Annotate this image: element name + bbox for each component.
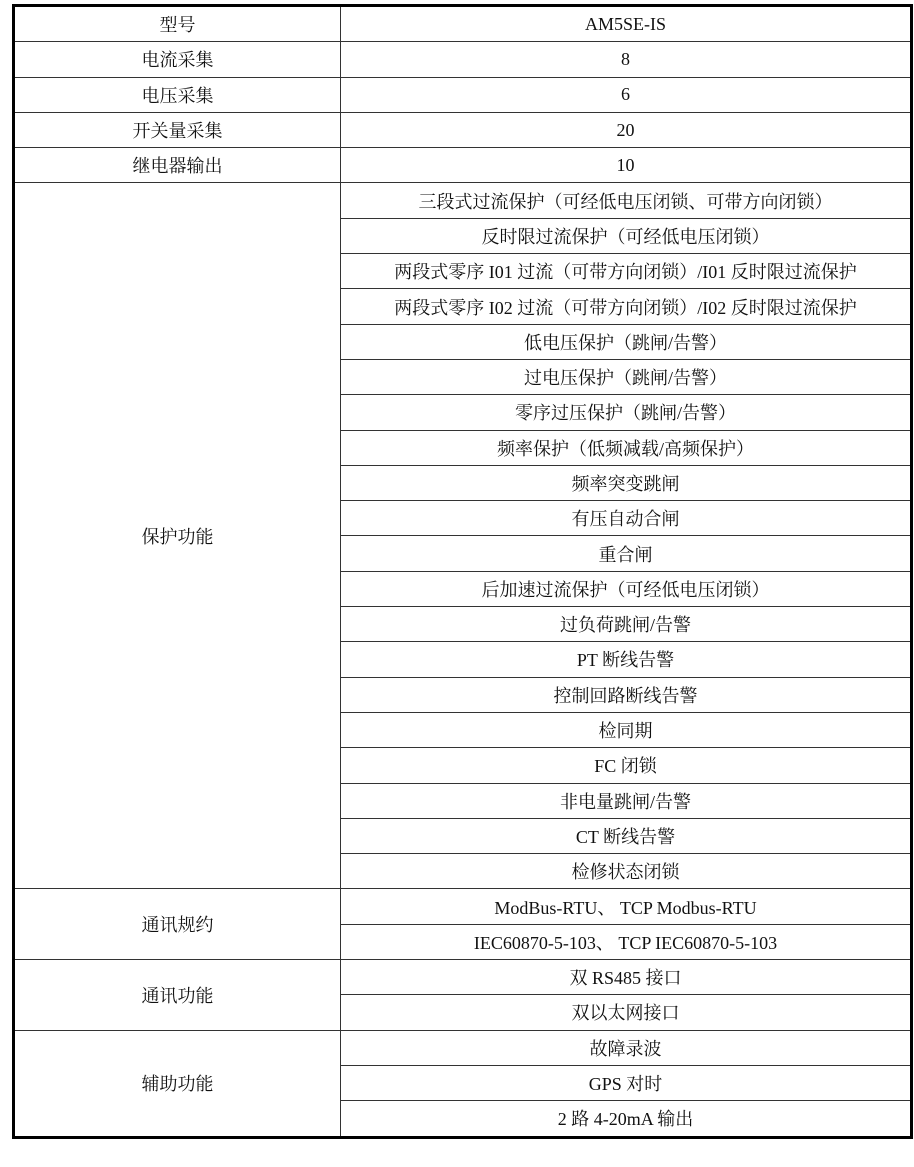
group-label-protection: 保护功能 xyxy=(14,183,341,889)
table-row-current-sampling: 电流采集 8 xyxy=(14,42,912,77)
protection-item: 控制回路断线告警 xyxy=(341,677,912,712)
row-label: 型号 xyxy=(14,6,341,42)
table-row-protocol: 通讯规约 ModBus-RTU、 TCP Modbus-RTU xyxy=(14,889,912,924)
protection-item: 频率突变跳闸 xyxy=(341,465,912,500)
spec-table: 型号 AM5SE-IS 电流采集 8 电压采集 6 开关量采集 20 继电器输出… xyxy=(12,4,913,1139)
auxiliary-item: GPS 对时 xyxy=(341,1065,912,1100)
protection-item: FC 闭锁 xyxy=(341,748,912,783)
table-row-communication: 通讯功能 双 RS485 接口 xyxy=(14,960,912,995)
auxiliary-item: 2 路 4-20mA 输出 xyxy=(341,1101,912,1137)
protection-item: 三段式过流保护（可经低电压闭锁、可带方向闭锁） xyxy=(341,183,912,218)
row-label: 继电器输出 xyxy=(14,148,341,183)
protocol-item: IEC60870-5-103、 TCP IEC60870-5-103 xyxy=(341,924,912,959)
auxiliary-item: 故障录波 xyxy=(341,1030,912,1065)
protocol-item: ModBus-RTU、 TCP Modbus-RTU xyxy=(341,889,912,924)
table-row-auxiliary: 辅助功能 故障录波 xyxy=(14,1030,912,1065)
protection-item: 非电量跳闸/告警 xyxy=(341,783,912,818)
protection-item: 过电压保护（跳闸/告警） xyxy=(341,359,912,394)
protection-item: 重合闸 xyxy=(341,536,912,571)
table-row-voltage-sampling: 电压采集 6 xyxy=(14,77,912,112)
row-value: 6 xyxy=(341,77,912,112)
protection-item: CT 断线告警 xyxy=(341,818,912,853)
protection-item: 两段式零序 I02 过流（可带方向闭锁）/I02 反时限过流保护 xyxy=(341,289,912,324)
row-value: 8 xyxy=(341,42,912,77)
row-label: 电流采集 xyxy=(14,42,341,77)
protection-item: 检修状态闭锁 xyxy=(341,854,912,889)
row-label: 电压采集 xyxy=(14,77,341,112)
table-row-protection: 保护功能 三段式过流保护（可经低电压闭锁、可带方向闭锁） xyxy=(14,183,912,218)
group-label-protocol: 通讯规约 xyxy=(14,889,341,960)
protection-item: 低电压保护（跳闸/告警） xyxy=(341,324,912,359)
table-row-model: 型号 AM5SE-IS xyxy=(14,6,912,42)
table-row-switch-input: 开关量采集 20 xyxy=(14,112,912,147)
protection-item: 有压自动合闸 xyxy=(341,501,912,536)
row-value: 10 xyxy=(341,148,912,183)
protection-item: 后加速过流保护（可经低电压闭锁） xyxy=(341,571,912,606)
row-label: 开关量采集 xyxy=(14,112,341,147)
row-value: AM5SE-IS xyxy=(341,6,912,42)
protection-item: 零序过压保护（跳闸/告警） xyxy=(341,395,912,430)
protection-item: PT 断线告警 xyxy=(341,642,912,677)
protection-item: 两段式零序 I01 过流（可带方向闭锁）/I01 反时限过流保护 xyxy=(341,254,912,289)
protection-item: 过负荷跳闸/告警 xyxy=(341,607,912,642)
row-value: 20 xyxy=(341,112,912,147)
protection-item: 反时限过流保护（可经低电压闭锁） xyxy=(341,218,912,253)
table-row-relay-output: 继电器输出 10 xyxy=(14,148,912,183)
group-label-communication: 通讯功能 xyxy=(14,960,341,1031)
protection-item: 检同期 xyxy=(341,712,912,747)
protection-item: 频率保护（低频减载/高频保护） xyxy=(341,430,912,465)
communication-item: 双 RS485 接口 xyxy=(341,960,912,995)
communication-item: 双以太网接口 xyxy=(341,995,912,1030)
group-label-auxiliary: 辅助功能 xyxy=(14,1030,341,1137)
